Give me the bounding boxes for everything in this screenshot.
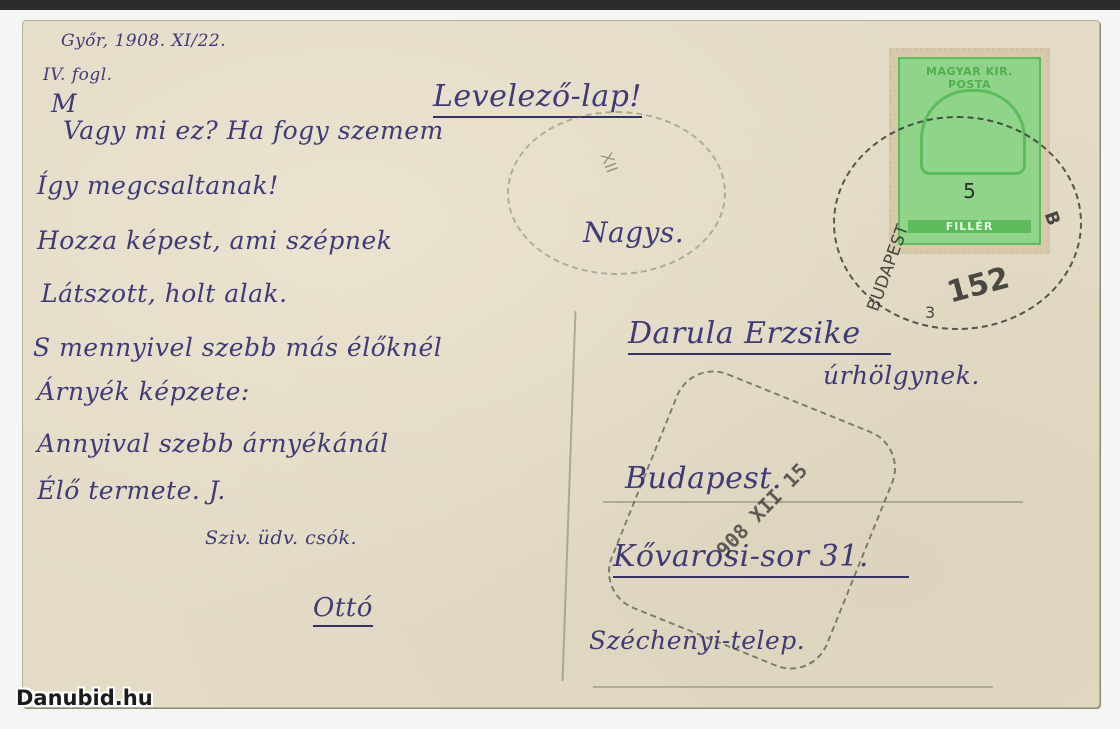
- message-line: Annyival szebb árnyékánál: [37, 429, 389, 458]
- message-line: Árnyék képzete:: [37, 377, 250, 406]
- message-line: Így megcsaltanak!: [37, 171, 279, 200]
- signature: Ottó: [313, 593, 373, 627]
- stamp-country-text: MAGYAR KIR. POSTA: [908, 65, 1031, 91]
- message-line: Élő termete. J.: [37, 476, 226, 505]
- watermark-logo: Danubid.hu: [16, 686, 153, 710]
- message-line: Látszott, holt alak.: [41, 279, 288, 308]
- address-honorific: Nagys.: [583, 216, 684, 249]
- scanner-edge: [0, 0, 1120, 10]
- closing-line: Sziv. üdv. csók.: [205, 527, 357, 549]
- message-line: S mennyivel szebb más élőknél: [33, 333, 442, 362]
- salutation-mark: M: [51, 89, 77, 118]
- postcard: Győr, 1908. XI/22. IV. fogl. M Vagy mi e…: [22, 20, 1100, 708]
- pencil-guide-line: [593, 686, 993, 688]
- budapest-postmark: BUDAPEST 152 B 3: [833, 116, 1082, 330]
- pencil-divider-line: [562, 311, 577, 681]
- recipient-name: Darula Erzsike: [628, 316, 891, 355]
- message-line: Hozza képest, ami szépnek: [37, 226, 392, 255]
- recipient-title: úrhölgynek.: [823, 361, 980, 390]
- message-line: Vagy mi ez? Ha fogy szemem: [63, 116, 444, 145]
- faded-postmark: XII: [507, 111, 726, 275]
- place-line: IV. fogl.: [43, 65, 113, 85]
- date-line: Győr, 1908. XI/22.: [61, 31, 226, 51]
